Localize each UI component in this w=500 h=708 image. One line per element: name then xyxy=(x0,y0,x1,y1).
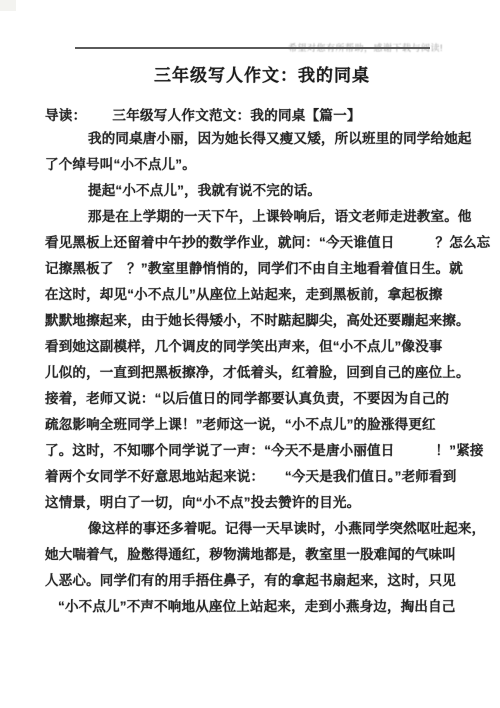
essay-line: 着两个女同学不好意思地站起来说： “今天是我们值日。”老师看到 xyxy=(45,464,463,490)
lead-text: 三年级写人作文范文：我的同桌【篇一】 xyxy=(112,108,360,123)
essay-line: 她大喘着气，脸憋得通红，秽物满地都是，教室里一股难闻的气味叫 xyxy=(45,542,463,568)
essay-line: 像这样的事还多着呢。记得一天早读时，小燕同学突然呕吐起来， xyxy=(45,516,463,542)
essay-line: 我的同桌唐小丽，因为她长得又瘦又矮，所以班里的同学给她起 xyxy=(45,126,463,152)
scan-corner-artifact xyxy=(0,0,16,11)
essay-line: 了。这时，不知哪个同学说了一声：“今天不是唐小丽值日 ！”紧接 xyxy=(45,438,463,464)
essay-line: 记擦黑板了 ？”教室里静悄悄的，同学们不由自主地看着值日生。就 xyxy=(45,256,463,282)
essay-line: 那是在上学期的一天下午，上课铃响后，语文老师走进教室。他 xyxy=(45,204,463,230)
essay-body: 我的同桌唐小丽，因为她长得又瘦又矮，所以班里的同学给她起了个绰号叫“小不点儿”。… xyxy=(45,126,463,620)
page-title: 三年级写人作文：我的同桌 xyxy=(0,61,500,86)
essay-line: 看见黑板上还留着中午抄的数学作业，就问：“今天谁值日 ？怎么忘 xyxy=(45,230,463,256)
essay-line: 人恶心。同学们有的用手捂住鼻子，有的拿起书扇起来，这时，只见 xyxy=(45,568,463,594)
essay-line: 默默地擦起来，由于她长得矮小，不时踮起脚尖，高处还要蹦起来擦。 xyxy=(45,308,463,334)
essay-line: 提起“小不点儿”，我就有说不完的话。 xyxy=(45,178,463,204)
document-page: 希望对您有所帮助，感谢下载与阅读! 三年级写人作文：我的同桌 导读：三年级写人作… xyxy=(0,0,500,708)
essay-line: 看到她这副模样，几个调皮的同学笑出声来，但“小不点儿”像没事 xyxy=(45,334,463,360)
essay-line: 疏忽影响全班同学上课！”老师这一说，“小不点儿”的脸涨得更红 xyxy=(45,412,463,438)
essay-line: 了个绰号叫“小不点儿”。 xyxy=(45,152,463,178)
header-divider-line xyxy=(75,47,430,49)
essay-line: 这情景，明白了一切，向“小不点”投去赞许的目光。 xyxy=(45,490,463,516)
essay-line: 在这时，却见“小不点儿”从座位上站起来，走到黑板前，拿起板擦 xyxy=(45,282,463,308)
essay-line: 儿似的，一直到把黑板擦净，才低着头，红着脸，回到自己的座位上。 xyxy=(45,360,463,386)
lead-label: 导读： xyxy=(45,108,86,123)
lead-line: 导读：三年级写人作文范文：我的同桌【篇一】 xyxy=(45,104,460,124)
essay-line: 接着，老师又说：“以后值日的同学都要认真负责，不要因为自己的 xyxy=(45,386,463,412)
essay-line: “小不点儿”不声不响地从座位上站起来，走到小燕身边，掏出自己 xyxy=(45,594,463,620)
